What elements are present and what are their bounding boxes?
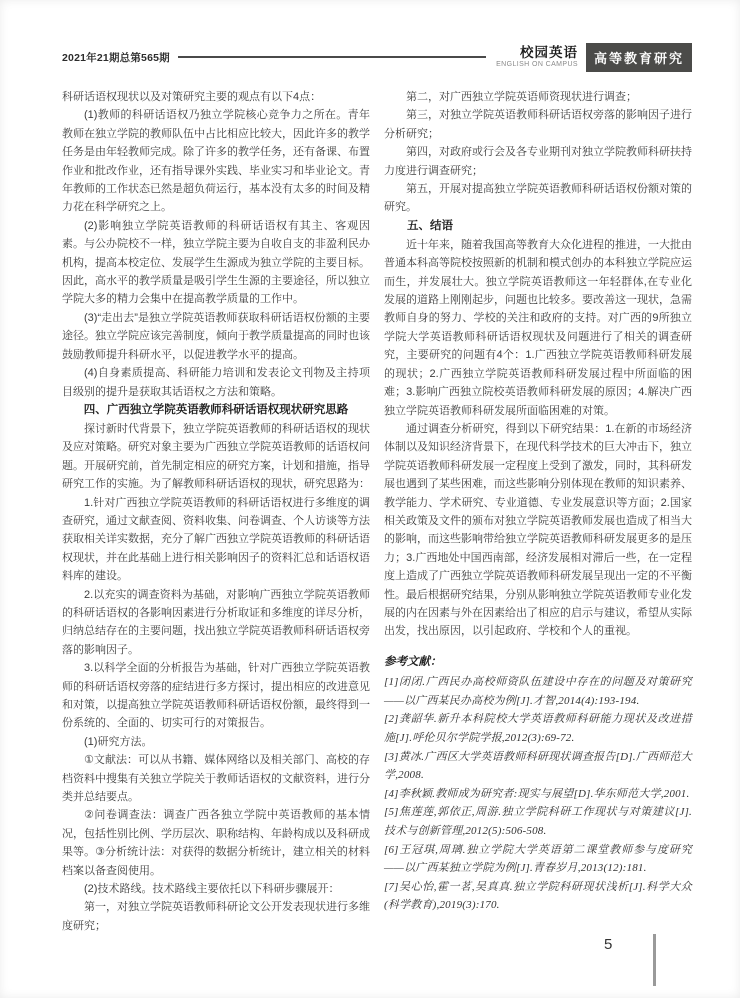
header-rule xyxy=(178,56,486,58)
paragraph: ②问卷调查法：调查广西各独立学院中英语教师的基本情况，包括性别比例、学历层次、职… xyxy=(62,806,370,880)
paragraph: (4)自身素质提高、科研能力培训和发表论文刊物及主持项目级别的提升是获取其话语权… xyxy=(62,364,370,401)
paragraph: 2.以充实的调查资料为基础，对影响广西独立学院英语教师的科研话语权的各影响因素进… xyxy=(62,586,370,660)
reference-item: [1]闭闭.广西民办高校师资队伍建设中存在的问题及对策研究——以广西某民办高校为… xyxy=(384,673,692,710)
paragraph: 科研话语权现状以及对策研究主要的观点有以下4点： xyxy=(62,88,370,106)
paragraph: (1)教师的科研话语权乃独立学院核心竞争力之所在。青年教师在独立学院的教师队伍中… xyxy=(62,106,370,216)
paragraph: 探讨新时代背景下，独立学院英语教师的科研话语权的现状及应对策略。研究对象主要为广… xyxy=(62,420,370,494)
paragraph: 第二，对广西独立学院英语师资现状进行调查； xyxy=(384,88,692,106)
page-header: 2021年21期总第565期 校园英语 ENGLISH ON CAMPUS 高等… xyxy=(62,40,692,74)
paragraph: 第三，对独立学院英语教师科研话语权旁落的影响因子进行分析研究； xyxy=(384,106,692,143)
section-heading-four: 四、广西独立学院英语教师科研话语权现状研究思路 xyxy=(62,401,370,420)
reference-item: [2]龚韶华.新升本科院校大学英语教师科研能力现状及改进措施[J].呼伦贝尔学院… xyxy=(384,710,692,747)
paragraph: 3.以科学全面的分析报告为基础，针对广西独立学院英语教师的科研话语权旁落的症结进… xyxy=(62,659,370,733)
left-column: 科研话语权现状以及对策研究主要的观点有以下4点： (1)教师的科研话语权乃独立学… xyxy=(62,88,370,935)
reference-item: [4]李秋颖.教师成为研究者:现实与展望[D].华东师范大学,2001. xyxy=(384,785,692,804)
paragraph: (2)影响独立学院英语教师的科研话语权有其主、客观因素。与公办院校不一样，独立学… xyxy=(62,217,370,309)
reference-item: [3]黄冰.广西区大学英语教师科研现状调查报告[D].广西师范大学,2008. xyxy=(384,748,692,785)
paragraph: (3)“走出去”是独立学院英语教师获取科研话语权份额的主要途径。独立学院应该完善… xyxy=(62,309,370,364)
reference-item: [7]吴心怡,霍一茗,吴真真.独立学院科研现状浅析[J].科学大众(科学教育),… xyxy=(384,878,692,915)
paragraph: 第一，对独立学院英语教师科研论文公开发表现状进行多维度研究； xyxy=(62,898,370,935)
paragraph: (2)技术路线。技术路线主要依托以下科研步骤展开： xyxy=(62,880,370,898)
footer-bar xyxy=(653,934,656,986)
reference-item: [6]王冠琪,周璃.独立学院大学英语第二课堂教师参与度研究——以广西某独立学院为… xyxy=(384,841,692,878)
page-number: 5 xyxy=(604,936,612,953)
section-heading-five: 五、结语 xyxy=(384,217,692,236)
paragraph: 1.针对广西独立学院英语教师的科研话语权进行多维度的调查研究，通过文献查阅、资料… xyxy=(62,494,370,586)
right-column: 第二，对广西独立学院英语师资现状进行调查； 第三，对独立学院英语教师科研话语权旁… xyxy=(384,88,692,915)
paragraph: 第四，对政府或行会及各专业期刊对独立学院教师科研扶持力度进行调查研究； xyxy=(384,143,692,180)
issue-label: 2021年21期总第565期 xyxy=(62,50,170,65)
paragraph: 近十年来，随着我国高等教育大众化进程的推进，一大批由普通本科高等院校按照新的机制… xyxy=(384,236,692,420)
journal-brand: 校园英语 ENGLISH ON CAMPUS xyxy=(496,46,578,69)
reference-item: [5]焦莲莲,郭依正,周游.独立学院科研工作现状与对策建议[J].技术与创新管理… xyxy=(384,803,692,840)
paragraph: ①文献法：可以从书籍、媒体网络以及相关部门、高校的存档资料中搜集有关独立学院关于… xyxy=(62,751,370,806)
journal-subtitle: ENGLISH ON CAMPUS xyxy=(496,61,578,69)
paragraph: (1)研究方法。 xyxy=(62,733,370,751)
references-heading: 参考文献： xyxy=(384,653,692,671)
paragraph: 通过调查分析研究，得到以下研究结果：1.在新的市场经济体制以及知识经济背景下，在… xyxy=(384,420,692,641)
journal-page: 2021年21期总第565期 校园英语 ENGLISH ON CAMPUS 高等… xyxy=(0,0,740,998)
journal-title: 校园英语 xyxy=(520,46,578,61)
section-badge: 高等教育研究 xyxy=(586,43,692,72)
paragraph: 第五，开展对提高独立学院英语教师科研话语权份额对策的研究。 xyxy=(384,180,692,217)
